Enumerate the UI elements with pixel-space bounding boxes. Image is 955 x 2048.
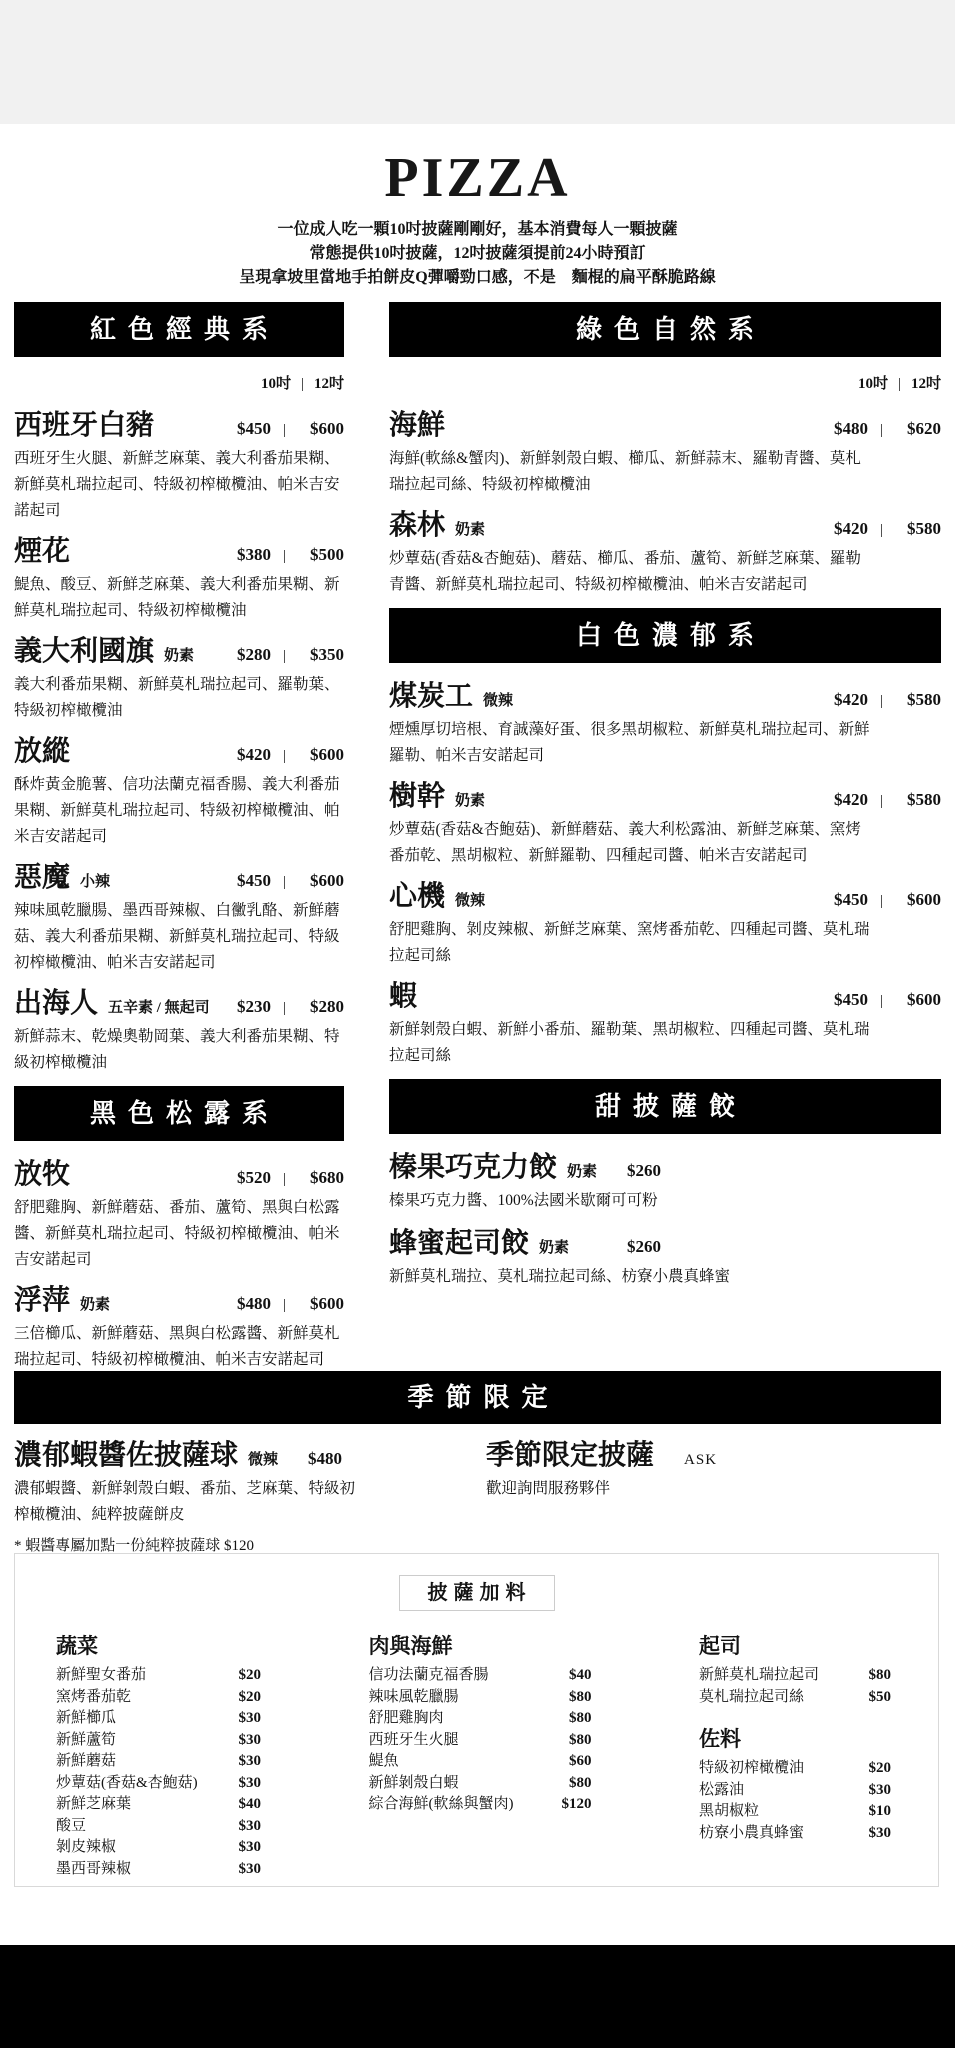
item-price-10inch: $450 [822, 890, 868, 910]
menu-item-header: 季節限定披薩 ASK [486, 1438, 717, 1474]
seasonal-item: 季節限定披薩 ASK 歡迎詢問服務夥伴 [486, 1438, 717, 1502]
price-separator: | [880, 993, 883, 1010]
addon-row: 窯烤番茄乾$20 [56, 1687, 261, 1709]
addon-price: $40 [217, 1794, 261, 1816]
item-price-12inch: $280 [298, 997, 344, 1017]
addon-price: $10 [847, 1801, 891, 1823]
addon-name: 辣味風乾臘腸 [369, 1687, 459, 1709]
menu-item: 放牧 $520 | $680 舒肥雞胸、新鮮蘑菇、番茄、蘆筍、黑與白松露醬、新鮮… [14, 1157, 344, 1273]
item-description: 煙燻厚切培根、育誠藻好蛋、很多黑胡椒粒、新鮮莫札瑞拉起司、新鮮羅勒、帕米吉安諾起… [389, 717, 871, 769]
price-separator: | [283, 548, 286, 565]
item-price-12inch: $580 [895, 690, 941, 710]
item-description: 舒肥雞胸、剝皮辣椒、新鮮芝麻葉、窯烤番茄乾、四種起司醬、莫札瑞拉起司絲 [389, 917, 871, 969]
section-header-white-rich: 白色濃郁系 [389, 608, 941, 663]
item-price-10inch: $450 [822, 990, 868, 1010]
price-separator: | [880, 693, 883, 710]
addon-price: $80 [847, 1665, 891, 1687]
menu-item: 西班牙白豬 $450 | $600 西班牙生火腿、新鮮芝麻葉、義大利番茄果糊、新… [14, 408, 344, 524]
size-separator: | [898, 376, 901, 392]
subtitle-line: 一位成人吃一顆10吋披薩剛剛好，基本消費每人一顆披薩 [0, 218, 955, 242]
subtitle-line: 常態提供10吋披薩，12吋披薩須提前24小時預訂 [0, 242, 955, 266]
item-prices: $420 | $580 [822, 690, 941, 710]
addon-row: 辣味風乾臘腸$80 [369, 1687, 592, 1709]
menu-item: 榛果巧克力餃 奶素 $260 榛果巧克力醬、100%法國米歇爾可可粉 [389, 1150, 941, 1214]
menu-item: 放縱 $420 | $600 酥炸黃金脆薯、信功法蘭克福香腸、義大利番茄果糊、新… [14, 734, 344, 850]
menu-item-header: 煙花 $380 | $500 [14, 534, 344, 570]
addon-name: 新鮮芝麻葉 [56, 1794, 131, 1816]
menu-item: 海鮮 $480 | $620 海鮮(軟絲&蟹肉)、新鮮剝殼白蝦、櫛瓜、新鮮蒜末、… [389, 408, 941, 498]
item-prices: $420 | $580 [822, 790, 941, 810]
price-separator: | [880, 893, 883, 910]
addons-columns: 蔬菜 新鮮聖女番茄$20 窯烤番茄乾$20 新鮮櫛瓜$30 新鮮蘆筍$30 新鮮… [15, 1633, 938, 1880]
size-header: 10吋|12吋 [14, 374, 344, 394]
menu-item-header: 浮萍 奶素 $480 | $600 [14, 1283, 344, 1319]
addon-row: 剝皮辣椒$30 [56, 1837, 261, 1859]
addon-row: 黑胡椒粒$10 [699, 1801, 891, 1823]
item-price-10inch: $280 [225, 645, 271, 665]
price-separator: | [880, 422, 883, 439]
addon-price: $80 [548, 1687, 592, 1709]
item-diet-tag: 奶素 [80, 1293, 110, 1314]
size-12-label: 12吋 [911, 376, 941, 392]
addon-name: 西班牙生火腿 [369, 1730, 459, 1752]
item-name: 季節限定披薩 [486, 1438, 654, 1474]
addon-price: $50 [847, 1687, 891, 1709]
addon-price: $30 [847, 1780, 891, 1802]
item-price-12inch: $680 [298, 1168, 344, 1188]
addon-price: $30 [217, 1751, 261, 1773]
item-diet-tag: 奶素 [164, 644, 194, 665]
item-name: 惡魔 [14, 860, 70, 896]
addon-name: 鯷魚 [369, 1751, 399, 1773]
addon-name: 新鮮蘆筍 [56, 1730, 116, 1752]
bottom-letterbox [0, 1945, 955, 2048]
item-description: 辣味風乾臘腸、墨西哥辣椒、白黴乳酪、新鮮蘑菇、義大利番茄果糊、新鮮莫札瑞拉起司、… [14, 898, 344, 976]
addon-group-title: 佐料 [699, 1726, 891, 1752]
section-header-seasonal: 季節限定 [14, 1371, 941, 1424]
addons-title: 披薩加料 [399, 1575, 555, 1611]
item-diet-tag: 微辣 [483, 689, 513, 710]
item-name: 森林 [389, 508, 445, 544]
menu-columns: 紅色經典系 10吋|12吋 西班牙白豬 $450 | $600 西班牙生火腿、新… [14, 302, 941, 1383]
addon-row: 新鮮聖女番茄$20 [56, 1665, 261, 1687]
item-description: 海鮮(軟絲&蟹肉)、新鮮剝殼白蝦、櫛瓜、新鮮蒜末、羅勒青醬、莫札瑞拉起司絲、特級… [389, 446, 871, 498]
addon-name: 新鮮莫札瑞拉起司 [699, 1665, 819, 1687]
addon-group: 起司 新鮮莫札瑞拉起司$80 莫札瑞拉起司絲$50 [699, 1633, 891, 1708]
item-price-12inch: $620 [895, 419, 941, 439]
item-diet-tag: 五辛素 / 無起司 [108, 996, 210, 1017]
item-description: 新鮮剝殼白蝦、新鮮小番茄、羅勒葉、黑胡椒粒、四種起司醬、莫札瑞拉起司絲 [389, 1017, 871, 1069]
item-price-10inch: $420 [822, 790, 868, 810]
menu-item-header: 蜂蜜起司餃 奶素 $260 [389, 1226, 941, 1262]
item-price: $480 [308, 1449, 342, 1469]
menu-item: 煤炭工 微辣 $420 | $580 煙燻厚切培根、育誠藻好蛋、很多黑胡椒粒、新… [389, 679, 941, 769]
menu-item-header: 榛果巧克力餃 奶素 $260 [389, 1150, 941, 1186]
section-header-red-classic: 紅色經典系 [14, 302, 344, 357]
price-separator: | [283, 648, 286, 665]
size-separator: | [301, 376, 304, 392]
addon-row: 西班牙生火腿$80 [369, 1730, 592, 1752]
right-column: 綠色自然系 10吋|12吋 海鮮 $480 | $620 海鮮(軟絲&蟹肉)、新… [389, 302, 941, 1302]
menu-item-header: 心機 微辣 $450 | $600 [389, 879, 941, 915]
addon-name: 窯烤番茄乾 [56, 1687, 131, 1709]
addon-price: $20 [217, 1665, 261, 1687]
menu-item-header: 森林 奶素 $420 | $580 [389, 508, 941, 544]
item-name: 蝦 [389, 979, 417, 1015]
item-price: $260 [627, 1237, 661, 1257]
addon-row: 炒蕈菇(香菇&杏鮑菇)$30 [56, 1773, 261, 1795]
item-name: 蜂蜜起司餃 [389, 1226, 529, 1262]
addon-group: 佐料 特級初榨橄欖油$20 松露油$30 黑胡椒粒$10 枋寮小農真蜂蜜$30 [699, 1726, 891, 1844]
item-prices: $450 | $600 [822, 990, 941, 1010]
item-name: 煙花 [14, 534, 70, 570]
addon-name: 枋寮小農真蜂蜜 [699, 1823, 804, 1845]
item-name: 煤炭工 [389, 679, 473, 715]
item-diet-tag: 奶素 [455, 789, 485, 810]
item-prices: $230 | $280 [225, 997, 344, 1017]
item-description: 濃郁蝦醬、新鮮剝殼白蝦、番茄、芝麻葉、特級初榨橄欖油、純粹披薩餅皮 [14, 1476, 370, 1528]
menu-item: 出海人 五辛素 / 無起司 $230 | $280 新鮮蒜末、乾燥奧勒岡葉、義大… [14, 986, 344, 1076]
item-price-12inch: $600 [298, 419, 344, 439]
menu-item: 浮萍 奶素 $480 | $600 三倍櫛瓜、新鮮蘑菇、黑與白松露醬、新鮮莫札瑞… [14, 1283, 344, 1373]
addon-name: 剝皮辣椒 [56, 1837, 116, 1859]
addon-price: $80 [548, 1730, 592, 1752]
menu-subtitles: 一位成人吃一顆10吋披薩剛剛好，基本消費每人一顆披薩 常態提供10吋披薩，12吋… [0, 218, 955, 290]
item-description: 炒蕈菇(香菇&杏鮑菇)、蘑菇、櫛瓜、番茄、蘆筍、新鮮芝麻葉、羅勒青醬、新鮮莫札瑞… [389, 546, 871, 598]
item-name: 出海人 [14, 986, 98, 1022]
menu-item-header: 濃郁蝦醬佐披薩球 微辣 $480 [14, 1438, 370, 1474]
left-column: 紅色經典系 10吋|12吋 西班牙白豬 $450 | $600 西班牙生火腿、新… [14, 302, 344, 1383]
item-description: 酥炸黃金脆薯、信功法蘭克福香腸、義大利番茄果糊、新鮮莫札瑞拉起司、特級初榨橄欖油… [14, 772, 344, 850]
item-price-12inch: $600 [895, 890, 941, 910]
menu-item: 蜂蜜起司餃 奶素 $260 新鮮莫札瑞拉、莫札瑞拉起司絲、枋寮小農真蜂蜜 [389, 1226, 941, 1290]
addon-price: $30 [217, 1816, 261, 1838]
item-price: $260 [627, 1161, 661, 1181]
item-prices: $480 | $600 [225, 1294, 344, 1314]
addon-price: $30 [217, 1730, 261, 1752]
addon-row: 舒肥雞胸肉$80 [369, 1708, 592, 1730]
menu-screenshot: PIZZA 一位成人吃一顆10吋披薩剛剛好，基本消費每人一顆披薩 常態提供10吋… [0, 0, 955, 2048]
item-description: 義大利番茄果糊、新鮮莫札瑞拉起司、羅勒葉、特級初榨橄欖油 [14, 672, 344, 724]
addon-row: 新鮮莫札瑞拉起司$80 [699, 1665, 891, 1687]
item-description: 舒肥雞胸、新鮮蘑菇、番茄、蘆筍、黑與白松露醬、新鮮莫札瑞拉起司、特級初榨橄欖油、… [14, 1195, 344, 1273]
item-price-12inch: $600 [298, 1294, 344, 1314]
seasonal-note: * 蝦醬專屬加點一份純粹披薩球 $120 [14, 1534, 370, 1555]
addon-price: $30 [217, 1773, 261, 1795]
addon-row: 新鮮蘑菇$30 [56, 1751, 261, 1773]
item-diet-tag: 微辣 [455, 889, 485, 910]
item-price-10inch: $480 [225, 1294, 271, 1314]
addon-name: 特級初榨橄欖油 [699, 1758, 804, 1780]
item-description: 新鮮蒜末、乾燥奧勒岡葉、義大利番茄果糊、特級初榨橄欖油 [14, 1024, 344, 1076]
item-description: 炒蕈菇(香菇&杏鮑菇)、新鮮蘑菇、義大利松露油、新鮮芝麻葉、窯烤番茄乾、黑胡椒粒… [389, 817, 871, 869]
addon-row: 酸豆$30 [56, 1816, 261, 1838]
item-price-12inch: $580 [895, 790, 941, 810]
item-diet-tag: 奶素 [455, 518, 485, 539]
addon-price: $20 [847, 1758, 891, 1780]
menu-item-header: 義大利國旗 奶素 $280 | $350 [14, 634, 344, 670]
page-title: PIZZA [0, 150, 955, 206]
addon-name: 莫札瑞拉起司絲 [699, 1687, 804, 1709]
seasonal-item: 濃郁蝦醬佐披薩球 微辣 $480 濃郁蝦醬、新鮮剝殼白蝦、番茄、芝麻葉、特級初榨… [14, 1438, 370, 1555]
addon-group-title: 起司 [699, 1633, 891, 1659]
item-price-12inch: $600 [298, 871, 344, 891]
addon-row: 墨西哥辣椒$30 [56, 1859, 261, 1881]
addon-group-title: 肉與海鮮 [369, 1633, 592, 1659]
addon-name: 信功法蘭克福香腸 [369, 1665, 489, 1687]
price-separator: | [283, 1171, 286, 1188]
item-description: 鯷魚、酸豆、新鮮芝麻葉、義大利番茄果糊、新鮮莫札瑞拉起司、特級初榨橄欖油 [14, 572, 344, 624]
menu-item: 樹幹 奶素 $420 | $580 炒蕈菇(香菇&杏鮑菇)、新鮮蘑菇、義大利松露… [389, 779, 941, 869]
item-prices: $380 | $500 [225, 545, 344, 565]
price-separator: | [283, 748, 286, 765]
addons-column-cheese-condiments: 起司 新鮮莫札瑞拉起司$80 莫札瑞拉起司絲$50 佐料 特級初榨橄欖油$20 … [699, 1633, 891, 1880]
addons-column-meat-seafood: 肉與海鮮 信功法蘭克福香腸$40 辣味風乾臘腸$80 舒肥雞胸肉$80 西班牙生… [369, 1633, 592, 1880]
addon-row: 莫札瑞拉起司絲$50 [699, 1687, 891, 1709]
item-price-12inch: $350 [298, 645, 344, 665]
addon-price: $30 [217, 1708, 261, 1730]
item-name: 濃郁蝦醬佐披薩球 [14, 1438, 238, 1474]
addon-row: 新鮮剝殼白蝦$80 [369, 1773, 592, 1795]
menu-header: PIZZA 一位成人吃一顆10吋披薩剛剛好，基本消費每人一顆披薩 常態提供10吋… [0, 124, 955, 290]
addon-name: 舒肥雞胸肉 [369, 1708, 444, 1730]
addons-box: 披薩加料 蔬菜 新鮮聖女番茄$20 窯烤番茄乾$20 新鮮櫛瓜$30 新鮮蘆筍$… [14, 1553, 939, 1887]
item-description: 歡迎詢問服務夥伴 [486, 1476, 717, 1502]
addon-name: 新鮮櫛瓜 [56, 1708, 116, 1730]
addon-price: $120 [548, 1794, 592, 1816]
item-diet-tag: 奶素 [567, 1160, 597, 1181]
item-price-12inch: $580 [895, 519, 941, 539]
item-price-10inch: $420 [225, 745, 271, 765]
addon-name: 松露油 [699, 1780, 744, 1802]
section-header-black-truffle: 黑色松露系 [14, 1086, 344, 1141]
item-prices: $450 | $600 [225, 419, 344, 439]
item-name: 榛果巧克力餃 [389, 1150, 557, 1186]
addon-price: $30 [217, 1837, 261, 1859]
item-name-group: 榛果巧克力餃 奶素 [389, 1150, 627, 1186]
addon-name: 黑胡椒粒 [699, 1801, 759, 1823]
item-price-10inch: $420 [822, 690, 868, 710]
item-price-12inch: $500 [298, 545, 344, 565]
size-10-label: 10吋 [858, 376, 888, 392]
menu-item-header: 樹幹 奶素 $420 | $580 [389, 779, 941, 815]
item-price-12inch: $600 [895, 990, 941, 1010]
item-prices: $280 | $350 [225, 645, 344, 665]
item-name-group: 蜂蜜起司餃 奶素 [389, 1226, 627, 1262]
seasonal-section: 濃郁蝦醬佐披薩球 微辣 $480 濃郁蝦醬、新鮮剝殼白蝦、番茄、芝麻葉、特級初榨… [14, 1438, 941, 1555]
price-separator: | [283, 422, 286, 439]
size-10-label: 10吋 [261, 376, 291, 392]
addon-price: $80 [548, 1708, 592, 1730]
item-name: 浮萍 [14, 1283, 70, 1319]
item-price-10inch: $420 [822, 519, 868, 539]
addon-name: 墨西哥辣椒 [56, 1859, 131, 1881]
item-price-ask: ASK [684, 1452, 717, 1469]
addon-row: 信功法蘭克福香腸$40 [369, 1665, 592, 1687]
menu-item: 義大利國旗 奶素 $280 | $350 義大利番茄果糊、新鮮莫札瑞拉起司、羅勒… [14, 634, 344, 724]
item-prices: $450 | $600 [225, 871, 344, 891]
menu-item-header: 出海人 五辛素 / 無起司 $230 | $280 [14, 986, 344, 1022]
addon-name: 綜合海鮮(軟絲與蟹肉) [369, 1794, 514, 1816]
item-prices: $420 | $600 [225, 745, 344, 765]
addon-price: $80 [548, 1773, 592, 1795]
item-name: 放牧 [14, 1157, 70, 1193]
addon-name: 炒蕈菇(香菇&杏鮑菇) [56, 1773, 198, 1795]
addon-name: 新鮮蘑菇 [56, 1751, 116, 1773]
menu-item-header: 放縱 $420 | $600 [14, 734, 344, 770]
item-diet-tag: 奶素 [539, 1236, 569, 1257]
item-name: 義大利國旗 [14, 634, 154, 670]
menu-item-header: 海鮮 $480 | $620 [389, 408, 941, 444]
addon-price: $40 [548, 1665, 592, 1687]
item-description: 三倍櫛瓜、新鮮蘑菇、黑與白松露醬、新鮮莫札瑞拉起司、特級初榨橄欖油、帕米吉安諾起… [14, 1321, 344, 1373]
addon-group-title: 蔬菜 [56, 1633, 261, 1659]
addon-group: 蔬菜 新鮮聖女番茄$20 窯烤番茄乾$20 新鮮櫛瓜$30 新鮮蘆筍$30 新鮮… [56, 1633, 261, 1880]
addon-row: 特級初榨橄欖油$20 [699, 1758, 891, 1780]
addon-name: 新鮮聖女番茄 [56, 1665, 146, 1687]
item-name: 樹幹 [389, 779, 445, 815]
item-price-10inch: $480 [822, 419, 868, 439]
addon-group: 肉與海鮮 信功法蘭克福香腸$40 辣味風乾臘腸$80 舒肥雞胸肉$80 西班牙生… [369, 1633, 592, 1816]
item-price-12inch: $600 [298, 745, 344, 765]
item-price-10inch: $380 [225, 545, 271, 565]
addon-row: 鯷魚$60 [369, 1751, 592, 1773]
menu-item-header: 惡魔 小辣 $450 | $600 [14, 860, 344, 896]
menu-item-header: 煤炭工 微辣 $420 | $580 [389, 679, 941, 715]
item-price-10inch: $230 [225, 997, 271, 1017]
item-description: 新鮮莫札瑞拉、莫札瑞拉起司絲、枋寮小農真蜂蜜 [389, 1264, 871, 1290]
price-separator: | [880, 522, 883, 539]
item-prices: $420 | $580 [822, 519, 941, 539]
addon-row: 綜合海鮮(軟絲與蟹肉)$120 [369, 1794, 592, 1816]
menu-item-header: 蝦 $450 | $600 [389, 979, 941, 1015]
menu-item-header: 西班牙白豬 $450 | $600 [14, 408, 344, 444]
addon-row: 新鮮櫛瓜$30 [56, 1708, 261, 1730]
item-description: 西班牙生火腿、新鮮芝麻葉、義大利番茄果糊、新鮮莫札瑞拉起司、特級初榨橄欖油、帕米… [14, 446, 344, 524]
addon-price: $30 [217, 1859, 261, 1881]
addon-row: 新鮮芝麻葉$40 [56, 1794, 261, 1816]
item-name: 西班牙白豬 [14, 408, 154, 444]
top-letterbox [0, 0, 955, 124]
menu-item: 森林 奶素 $420 | $580 炒蕈菇(香菇&杏鮑菇)、蘑菇、櫛瓜、番茄、蘆… [389, 508, 941, 598]
item-diet-tag: 小辣 [80, 870, 110, 891]
addon-row: 枋寮小農真蜂蜜$30 [699, 1823, 891, 1845]
item-price-10inch: $450 [225, 419, 271, 439]
item-name: 心機 [389, 879, 445, 915]
item-diet-tag: 微辣 [248, 1448, 278, 1469]
item-name: 放縱 [14, 734, 70, 770]
item-name: 海鮮 [389, 408, 445, 444]
price-separator: | [880, 793, 883, 810]
menu-item: 心機 微辣 $450 | $600 舒肥雞胸、剝皮辣椒、新鮮芝麻葉、窯烤番茄乾、… [389, 879, 941, 969]
menu-item: 惡魔 小辣 $450 | $600 辣味風乾臘腸、墨西哥辣椒、白黴乳酪、新鮮蘑菇… [14, 860, 344, 976]
price-separator: | [283, 1297, 286, 1314]
price-separator: | [283, 1000, 286, 1017]
addon-price: $20 [217, 1687, 261, 1709]
addon-price: $30 [847, 1823, 891, 1845]
addon-price: $60 [548, 1751, 592, 1773]
menu-item: 蝦 $450 | $600 新鮮剝殼白蝦、新鮮小番茄、羅勒葉、黑胡椒粒、四種起司… [389, 979, 941, 1069]
addon-name: 酸豆 [56, 1816, 86, 1838]
addon-row: 松露油$30 [699, 1780, 891, 1802]
size-12-label: 12吋 [314, 376, 344, 392]
section-header-sweet-calzone: 甜披薩餃 [389, 1079, 941, 1134]
item-price-10inch: $520 [225, 1168, 271, 1188]
price-separator: | [283, 874, 286, 891]
addons-column-vegetables: 蔬菜 新鮮聖女番茄$20 窯烤番茄乾$20 新鮮櫛瓜$30 新鮮蘆筍$30 新鮮… [56, 1633, 261, 1880]
item-prices: $520 | $680 [225, 1168, 344, 1188]
item-description: 榛果巧克力醬、100%法國米歇爾可可粉 [389, 1188, 871, 1214]
size-header: 10吋|12吋 [389, 374, 941, 394]
addon-row: 新鮮蘆筍$30 [56, 1730, 261, 1752]
item-price-10inch: $450 [225, 871, 271, 891]
item-prices: $450 | $600 [822, 890, 941, 910]
addon-name: 新鮮剝殼白蝦 [369, 1773, 459, 1795]
item-prices: $480 | $620 [822, 419, 941, 439]
subtitle-line: 呈現拿坡里當地手拍餅皮Q彈嚼勁口感，不是 麵棍的扁平酥脆路線 [0, 266, 955, 290]
menu-item: 煙花 $380 | $500 鯷魚、酸豆、新鮮芝麻葉、義大利番茄果糊、新鮮莫札瑞… [14, 534, 344, 624]
menu-item-header: 放牧 $520 | $680 [14, 1157, 344, 1193]
section-header-green-natural: 綠色自然系 [389, 302, 941, 357]
